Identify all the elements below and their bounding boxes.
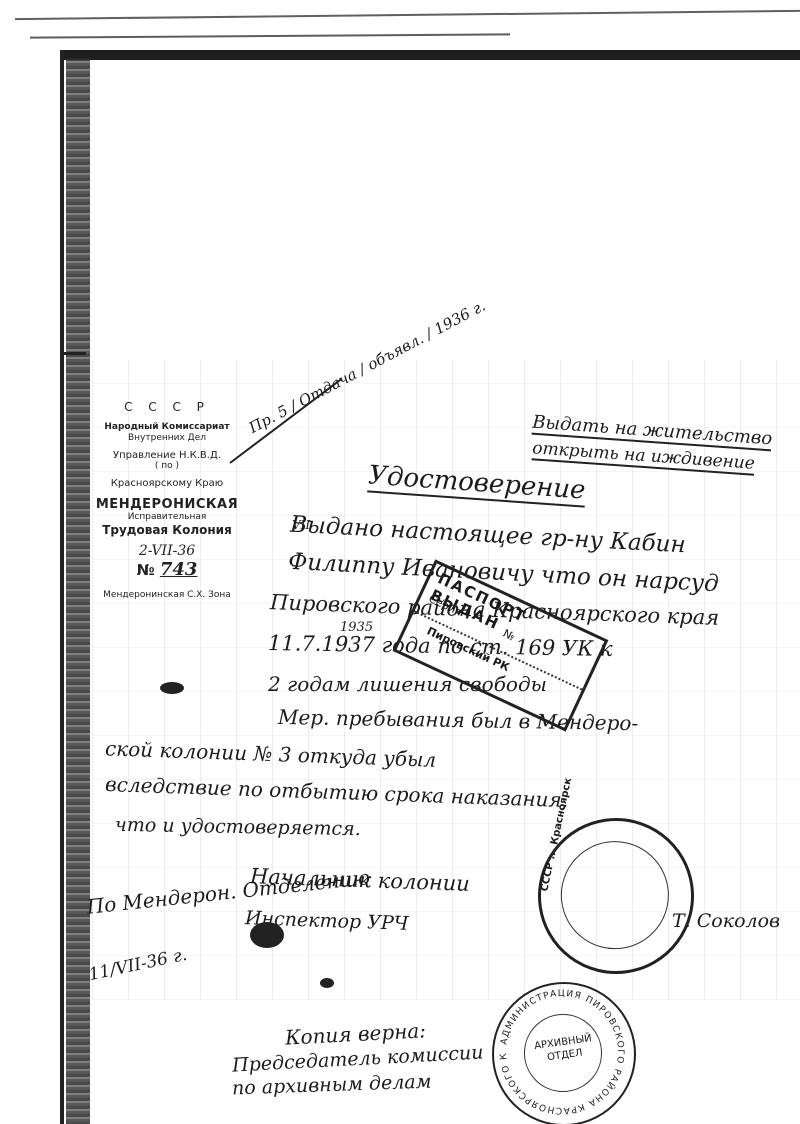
page-frame-left <box>60 50 64 1124</box>
scan-artifact-line-2 <box>30 33 510 38</box>
archive-seal-ring-text: АДМИНИСТРАЦИЯ ПИРОВСКОГО РАЙОНА КРАСНОЯР… <box>492 982 632 1122</box>
ink-blot <box>160 682 184 694</box>
commissariat-label: Народный Комиссариат <box>92 422 242 433</box>
svg-text:АДМИНИСТРАЦИЯ ПИРОВСКОГО РАЙОН: АДМИНИСТРАЦИЯ ПИРОВСКОГО РАЙОНА КРАСНОЯР… <box>492 982 625 1115</box>
by-label: ( по ) <box>92 461 242 472</box>
page-frame-top <box>60 50 800 60</box>
scan-artifact-line-1 <box>15 10 800 20</box>
body-line-9: что и удостоверяется. <box>115 814 361 840</box>
directorate-label: Управление Н.К.В.Д. <box>92 450 242 461</box>
chairman-label: Председатель комиссии <box>232 1041 484 1076</box>
ink-blot <box>250 922 284 948</box>
page-edge-shadow <box>66 58 90 1124</box>
colony-name: МЕНДЕРОНИСКАЯ <box>92 497 242 512</box>
zone-label: Мендеронинская С.Х. Зона <box>92 590 242 600</box>
country-label: С С С Р <box>92 400 242 414</box>
ink-blot <box>320 978 334 988</box>
department-label: Внутренних Дел <box>92 433 242 444</box>
frame-bracket <box>64 352 86 355</box>
issue-date: 2-VII-36 <box>92 543 242 559</box>
nkvd-header-stamp: С С С Р Народный Комиссариат Внутренних … <box>92 400 242 600</box>
seal-inner-ring <box>554 834 676 956</box>
colony-kind: Трудовая Колония <box>92 523 242 537</box>
number-value: 743 <box>160 559 198 580</box>
number-label: № <box>137 561 155 579</box>
region-label: Красноярскому Краю <box>92 478 242 489</box>
document-number: № 743 <box>92 559 242 580</box>
colony-type: Исправительная <box>92 512 242 523</box>
